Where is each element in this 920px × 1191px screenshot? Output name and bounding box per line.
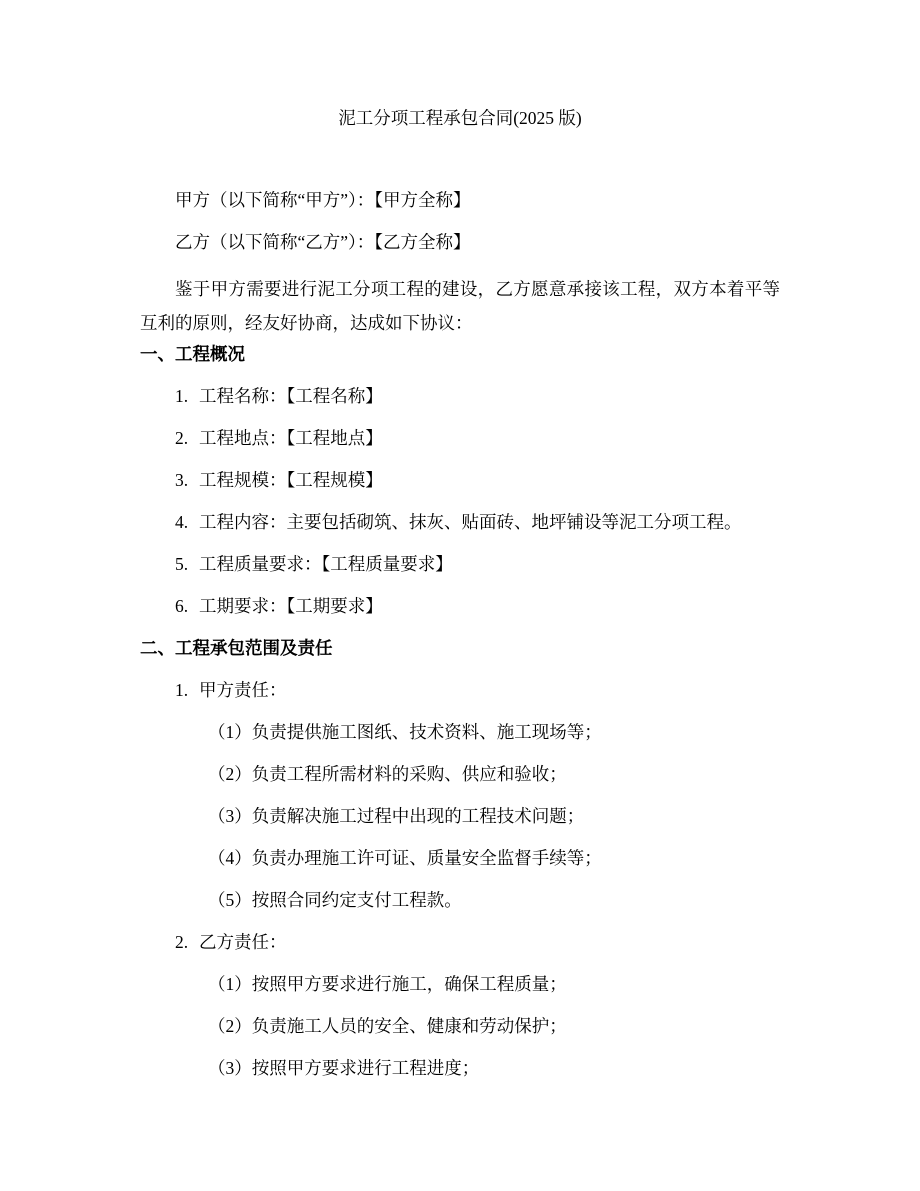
section-1-heading: 一、工程概况	[140, 342, 780, 366]
party-b-line: 乙方（以下简称“乙方”）：【乙方全称】	[140, 230, 780, 254]
contract-document-page: 泥工分项工程承包合同(2025 版) 甲方（以下简称“甲方”）：【甲方全称】 乙…	[0, 0, 920, 1191]
section-1-item-3: 3.工程规模：【工程规模】	[140, 468, 780, 492]
party-b-duty-1: （1）按照甲方要求进行施工，确保工程质量；	[140, 972, 780, 996]
section-2-item-1: 1.甲方责任：	[140, 678, 780, 702]
item-number: 1.	[175, 384, 199, 408]
section-1-item-5: 5.工程质量要求：【工程质量要求】	[140, 552, 780, 576]
party-a-line: 甲方（以下简称“甲方”）：【甲方全称】	[140, 188, 780, 212]
section-1-item-4: 4.工程内容：主要包括砌筑、抹灰、贴面砖、地坪铺设等泥工分项工程。	[140, 510, 780, 534]
party-a-duty-5: （5）按照合同约定支付工程款。	[140, 888, 780, 912]
item-number: 2.	[175, 426, 199, 450]
item-text: 工程质量要求：【工程质量要求】	[199, 554, 453, 574]
item-number: 6.	[175, 594, 199, 618]
item-text: 工期要求：【工期要求】	[199, 596, 383, 616]
document-title: 泥工分项工程承包合同(2025 版)	[140, 106, 780, 130]
item-text: 工程内容：主要包括砌筑、抹灰、贴面砖、地坪铺设等泥工分项工程。	[199, 512, 742, 532]
item-number: 3.	[175, 468, 199, 492]
item-text: 工程规模：【工程规模】	[199, 470, 383, 490]
item-text: 乙方责任：	[199, 932, 287, 952]
section-2-heading: 二、工程承包范围及责任	[140, 636, 780, 660]
section-1-item-2: 2.工程地点：【工程地点】	[140, 426, 780, 450]
party-a-duty-1: （1）负责提供施工图纸、技术资料、施工现场等；	[140, 720, 780, 744]
item-text: 工程名称：【工程名称】	[199, 386, 383, 406]
item-number: 4.	[175, 510, 199, 534]
section-2-item-2: 2.乙方责任：	[140, 930, 780, 954]
preamble-paragraph: 鉴于甲方需要进行泥工分项工程的建设，乙方愿意承接该工程，双方本着平等互利的原则，…	[140, 272, 780, 340]
party-a-duty-4: （4）负责办理施工许可证、质量安全监督手续等；	[140, 846, 780, 870]
party-a-duty-3: （3）负责解决施工过程中出现的工程技术问题；	[140, 804, 780, 828]
item-number: 5.	[175, 552, 199, 576]
section-1-item-6: 6.工期要求：【工期要求】	[140, 594, 780, 618]
item-text: 工程地点：【工程地点】	[199, 428, 383, 448]
item-number: 1.	[175, 678, 199, 702]
item-text: 甲方责任：	[199, 680, 287, 700]
party-b-duty-3: （3）按照甲方要求进行工程进度；	[140, 1056, 780, 1080]
section-1-item-1: 1.工程名称：【工程名称】	[140, 384, 780, 408]
item-number: 2.	[175, 930, 199, 954]
party-a-duty-2: （2）负责工程所需材料的采购、供应和验收；	[140, 762, 780, 786]
party-b-duty-2: （2）负责施工人员的安全、健康和劳动保护；	[140, 1014, 780, 1038]
